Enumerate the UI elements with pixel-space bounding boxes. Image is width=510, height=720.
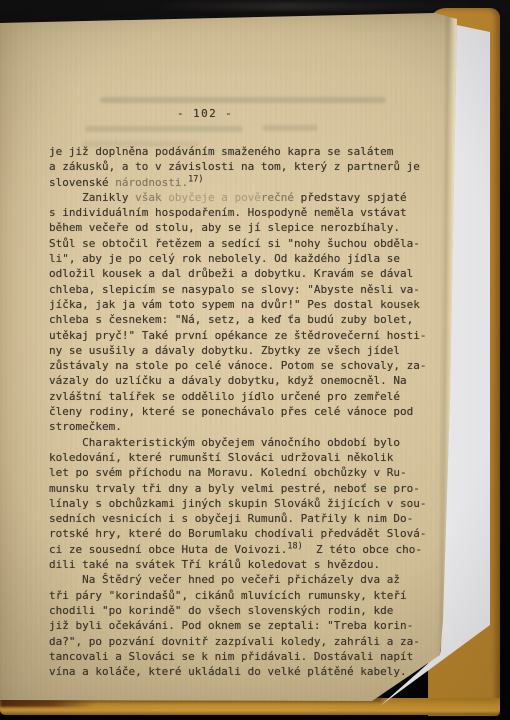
text-line: členy rodiny, které se ponechávalo přes … (49, 404, 449, 419)
text-segment: národnosti. (115, 176, 188, 189)
text-segment: slovenské (49, 176, 115, 189)
text-line: a zákusků, a to v závislosti na tom, kte… (49, 159, 449, 174)
text-segment: Na Štědrý večer hned po večeři přicházel… (49, 573, 400, 586)
text-line: let po svém příchodu na Moravu. Kolední … (49, 465, 449, 480)
text-line: je již doplněna podáváním smaženého kapr… (49, 144, 449, 159)
text-segment: však (135, 191, 168, 204)
text-segment: munsku trvaly tři dny a byly velmi pestr… (49, 482, 420, 495)
text-segment: stromečkem. (49, 420, 122, 433)
text-segment: tancovali a Slováci se k nim přidávali. … (49, 650, 413, 663)
text-segment: chleba, slepicím se nasypalo se slovy: "… (49, 283, 420, 296)
text-segment: dili také na svátek Tří králů koledovat … (49, 558, 380, 571)
text-segment: představy spjaté (294, 191, 407, 204)
text-segment: Charakteristickým obyčejem vánočního obd… (49, 436, 400, 449)
text-line: utěkaj pryč!" Také první opékance ze ště… (49, 328, 449, 343)
page-text-block: je již doplněna podáváním smaženého kapr… (49, 144, 449, 679)
text-line: li", aby je po celý rok nebolely. Od kaž… (49, 251, 449, 266)
text-segment: s individuálním hospodařením. Hospodyně … (49, 206, 407, 219)
text-line: chleba s česnekem: "Ná, setz, a keď ťa b… (49, 312, 449, 327)
text-segment: línaly s obchůzkami jiných skupin Slovák… (49, 497, 427, 510)
book-photo-scene: - 102 - je již doplněna podáváním smažen… (0, 0, 510, 720)
text-segment: obyčeje a pově (168, 191, 261, 204)
text-line: Stůl se obtočil řetězem a sedící si "noh… (49, 236, 449, 251)
text-segment: členy rodiny, které se ponechávalo přes … (49, 405, 413, 418)
show-through-ghost-text (262, 125, 318, 131)
text-segment: Zanikly (49, 191, 135, 204)
text-segment: koledování, které rumunští Slováci udržo… (49, 451, 393, 464)
text-line: odložil kousek a dal drůbeži a dobytku. … (49, 266, 449, 281)
text-segment: Z této obce cho- (303, 543, 422, 556)
text-line: línaly s obchůzkami jiných skupin Slovák… (49, 496, 449, 511)
text-segment: Stůl se obtočil řetězem a sedící si "noh… (49, 237, 420, 250)
text-segment: již byli očekáváni. Pod oknem se zeptali… (49, 619, 413, 632)
text-segment: a zákusků, a to v závislosti na tom, kte… (49, 160, 420, 173)
text-line: ny se usušily a dávaly dobytku. Zbytky z… (49, 343, 449, 358)
text-line: stromečkem. (49, 419, 449, 434)
text-segment: vína a koláče, které ukládali do velké p… (49, 665, 407, 678)
text-line: koledování, které rumunští Slováci udržo… (49, 450, 449, 465)
text-segment: chodili "po korindě" do všech slovenskýc… (49, 604, 393, 617)
text-line: chleba, slepicím se nasypalo se slovy: "… (49, 282, 449, 297)
footnote-marker: 18) (287, 539, 302, 554)
text-segment: li", aby je po celý rok nebolely. Od kaž… (49, 252, 400, 265)
text-line: chodili "po korindě" do všech slovenskýc… (49, 603, 449, 618)
text-segment: zvláštní talířek se oddělilo jídlo určen… (49, 390, 400, 403)
page-number: - 102 - (177, 107, 233, 120)
text-segment: rotské hry, které do Borumlaku chodívali… (49, 527, 427, 540)
text-segment: jíčka, jak ja vám toto sypem na dvůr!" P… (49, 298, 420, 311)
text-line: během večeře od stolu, aby se jí slepice… (49, 220, 449, 235)
text-line: jíčka, jak ja vám toto sypem na dvůr!" P… (49, 297, 449, 312)
text-segment: tři páry "korindašů", cikánů mluvících r… (49, 589, 407, 602)
text-line: munsku trvaly tři dny a byly velmi pestr… (49, 481, 449, 496)
text-segment: je již doplněna podáváním smaženého kapr… (49, 145, 393, 158)
show-through-ghost-text (100, 97, 386, 103)
text-segment: da?", po pozvání dovnitř zazpívali koled… (49, 635, 420, 648)
text-line: sedních vesnicích i s obyčeji Rumunů. Pa… (49, 511, 449, 526)
text-segment: odložil kousek a dal drůbeži a dobytku. … (49, 267, 413, 280)
show-through-ghost-text (85, 126, 243, 132)
text-segment: utěkaj pryč!" Také první opékance ze ště… (49, 329, 427, 342)
text-segment: během večeře od stolu, aby se jí slepice… (49, 221, 400, 234)
text-line: vína a koláče, které ukládali do velké p… (49, 664, 449, 679)
text-line: již byli očekáváni. Pod oknem se zeptali… (49, 618, 449, 633)
text-line: slovenské národnosti.17) (49, 175, 449, 190)
text-segment: zůstávaly na stole po celé vánoce. Potom… (49, 359, 427, 372)
text-line: ci ze sousední obce Huta de Voivozi.18) … (49, 542, 449, 557)
text-line: s individuálním hospodařením. Hospodyně … (49, 205, 449, 220)
text-line: da?", po pozvání dovnitř zazpívali koled… (49, 634, 449, 649)
book-page: - 102 - je již doplněna podáváním smažen… (0, 0, 510, 720)
text-line: rotské hry, které do Borumlaku chodívali… (49, 526, 449, 541)
text-line: zvláštní talířek se oddělilo jídlo určen… (49, 389, 449, 404)
text-segment: let po svém příchodu na Moravu. Kolední … (49, 466, 407, 479)
text-segment: ci ze sousední obce Huta de Voivozi. (49, 543, 287, 556)
text-line: tancovali a Slováci se k nim přidávali. … (49, 649, 449, 664)
text-line: Zanikly však obyčeje a pověrečné předsta… (49, 190, 449, 205)
text-line: dili také na svátek Tří králů koledovat … (49, 557, 449, 572)
text-line: zůstávaly na stole po celé vánoce. Potom… (49, 358, 449, 373)
text-segment: chleba s česnekem: "Ná, setz, a keď ťa b… (49, 313, 413, 326)
text-segment: vázaly do uzlíčku a dávaly dobytku, když… (49, 374, 407, 387)
text-line: vázaly do uzlíčku a dávaly dobytku, když… (49, 373, 449, 388)
text-segment: ny se usušily a dávaly dobytku. Zbytky z… (49, 344, 400, 357)
footnote-marker: 17) (188, 172, 203, 187)
text-line: Charakteristickým obyčejem vánočního obd… (49, 435, 449, 450)
text-segment: rečné (261, 191, 294, 204)
text-line: tři páry "korindašů", cikánů mluvících r… (49, 588, 449, 603)
text-line: Na Štědrý večer hned po večeři přicházel… (49, 572, 449, 587)
text-segment: sedních vesnicích i s obyčeji Rumunů. Pa… (49, 512, 413, 525)
